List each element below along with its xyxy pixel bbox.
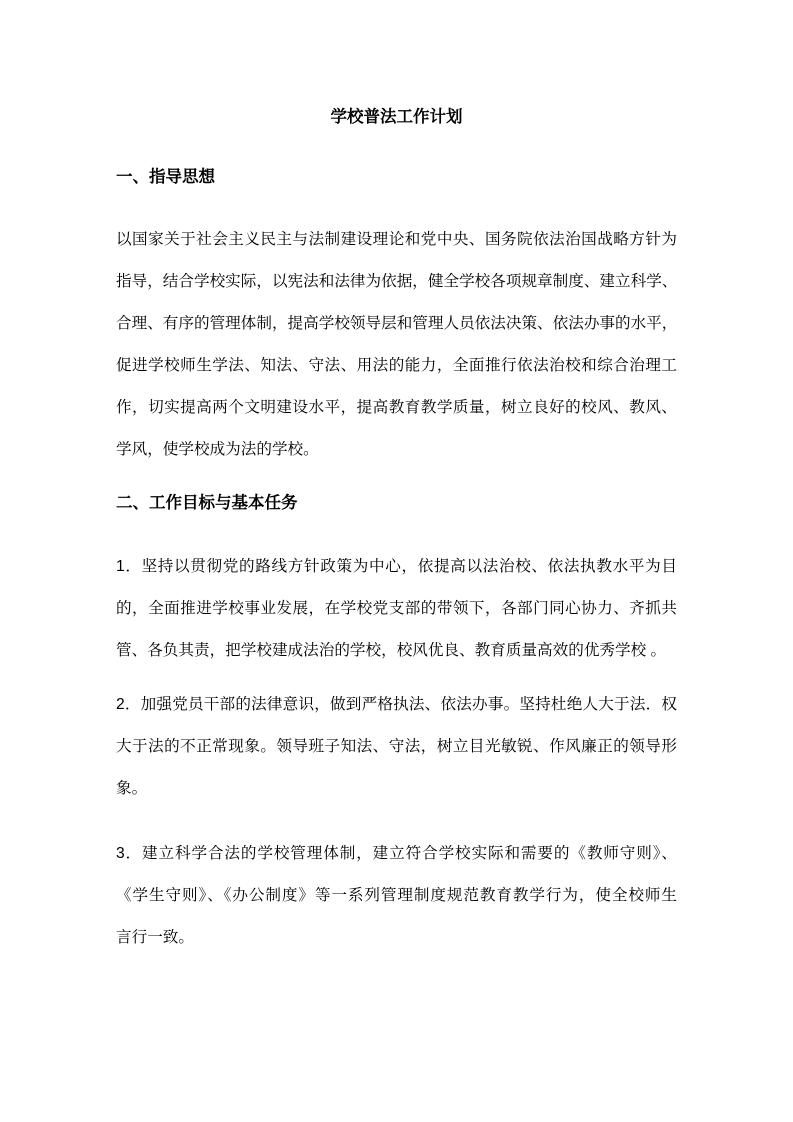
section-heading-goals-and-tasks: 二、工作目标与基本任务 bbox=[116, 482, 677, 524]
text-line: 3．建立科学合法的学校管理体制，建立符合学校实际和需要的《教师守则》、 bbox=[116, 833, 677, 875]
text-line: 学风，使学校成为法的学校。 bbox=[116, 429, 677, 471]
document-page: 学校普法工作计划 一、指导思想 以国家关于社会主义民主与法制建设理论和党中央、国… bbox=[0, 0, 793, 1122]
text-line: 的，全面推进学校事业发展，在学校党支部的带领下，各部门同心协力、齐抓共 bbox=[116, 588, 677, 630]
text-line: 促进学校师生学法、知法、守法、用法的能力，全面推行依法治校和综合治理工 bbox=[116, 345, 677, 387]
paragraph-task-2: 2．加强党员干部的法律意识，做到严格执法、依法办事。坚持杜绝人大于法．权大于法的… bbox=[116, 684, 677, 810]
text-line: 言行一致。 bbox=[116, 917, 677, 959]
text-line: 合理、有序的管理体制，提高学校领导层和管理人员依法决策、依法办事的水平， bbox=[116, 303, 677, 345]
text-line: 管、各负其责，把学校建成法治的学校，校风优良、教育质量高效的优秀学校 。 bbox=[116, 630, 677, 672]
text-line: 象。 bbox=[116, 768, 677, 810]
document-body: 学校普法工作计划 一、指导思想 以国家关于社会主义民主与法制建设理论和党中央、国… bbox=[116, 0, 677, 959]
paragraph-task-1: 1．坚持以贯彻党的路线方针政策为中心，依提高以法治校、依法执教水平为目的，全面推… bbox=[116, 546, 677, 672]
section-heading-guiding-ideology: 一、指导思想 bbox=[116, 156, 677, 198]
text-line: 以国家关于社会主义民主与法制建设理论和党中央、国务院依法治国战略方针为 bbox=[116, 219, 677, 261]
text-line: 指导，结合学校实际，以宪法和法律为依据，健全学校各项规章制度、建立科学、 bbox=[116, 261, 677, 303]
text-line: 作，切实提高两个文明建设水平，提高教育教学质量，树立良好的校风、教风、 bbox=[116, 387, 677, 429]
text-line: 1．坚持以贯彻党的路线方针政策为中心，依提高以法治校、依法执教水平为目 bbox=[116, 546, 677, 588]
text-line: 《学生守则》、《办公制度》等一系列管理制度规范教育教学行为，使全校师生 bbox=[116, 875, 677, 917]
paragraph-task-3: 3．建立科学合法的学校管理体制，建立符合学校实际和需要的《教师守则》、《学生守则… bbox=[116, 833, 677, 959]
text-line: 大于法的不正常现象。领导班子知法、守法，树立目光敏锐、作风廉正的领导形 bbox=[116, 726, 677, 768]
text-line: 2．加强党员干部的法律意识，做到严格执法、依法办事。坚持杜绝人大于法．权 bbox=[116, 684, 677, 726]
paragraph-guiding-ideology: 以国家关于社会主义民主与法制建设理论和党中央、国务院依法治国战略方针为指导，结合… bbox=[116, 219, 677, 471]
document-title: 学校普法工作计划 bbox=[116, 96, 677, 138]
